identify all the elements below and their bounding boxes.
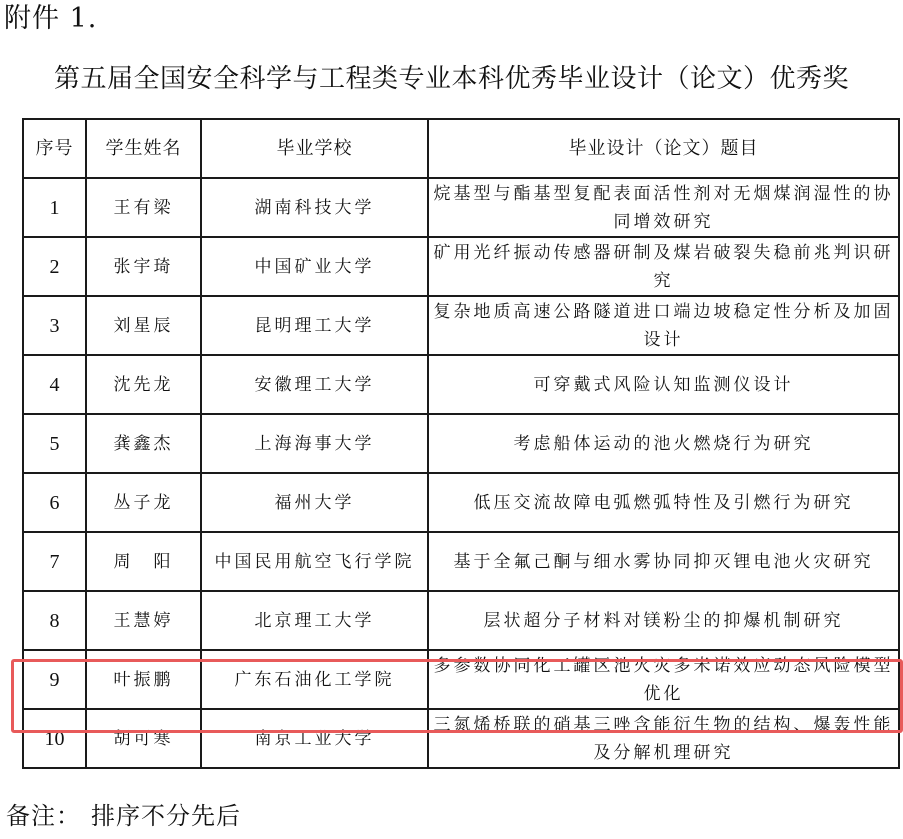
cell-topic: 复杂地质高速公路隧道进口端边坡稳定性分析及加固设计	[428, 296, 899, 355]
table-row: 1 王有梁 湖南科技大学 烷基型与酯基型复配表面活性剂对无烟煤润湿性的协同增效研…	[23, 178, 899, 237]
cell-school: 湖南科技大学	[201, 178, 428, 237]
cell-school: 南京工业大学	[201, 709, 428, 768]
cell-school: 北京理工大学	[201, 591, 428, 650]
cell-num: 1	[23, 178, 86, 237]
cell-name: 刘星辰	[86, 296, 201, 355]
cell-school: 广东石油化工学院	[201, 650, 428, 709]
cell-topic: 低压交流故障电弧燃弧特性及引燃行为研究	[428, 473, 899, 532]
cell-school: 福州大学	[201, 473, 428, 532]
table-row: 4 沈先龙 安徽理工大学 可穿戴式风险认知监测仪设计	[23, 355, 899, 414]
table-row: 10 胡可寒 南京工业大学 三氮烯桥联的硝基三唑含能衍生物的结构、爆轰性能及分解…	[23, 709, 899, 768]
table-row: 2 张宇琦 中国矿业大学 矿用光纤振动传感器研制及煤岩破裂失稳前兆判识研究	[23, 237, 899, 296]
document-title: 第五届全国安全科学与工程类专业本科优秀毕业设计（论文）优秀奖	[0, 62, 903, 96]
cell-school: 中国民用航空飞行学院	[201, 532, 428, 591]
cell-topic: 基于全氟己酮与细水雾协同抑灭锂电池火灾研究	[428, 532, 899, 591]
cell-num: 5	[23, 414, 86, 473]
table-row: 6 丛子龙 福州大学 低压交流故障电弧燃弧特性及引燃行为研究	[23, 473, 899, 532]
cell-num: 9	[23, 650, 86, 709]
cell-name: 王有梁	[86, 178, 201, 237]
cell-num: 7	[23, 532, 86, 591]
table-row: 7 周 阳 中国民用航空飞行学院 基于全氟己酮与细水雾协同抑灭锂电池火灾研究	[23, 532, 899, 591]
header-name: 学生姓名	[86, 119, 201, 178]
cell-topic: 可穿戴式风险认知监测仪设计	[428, 355, 899, 414]
cell-num: 2	[23, 237, 86, 296]
table-row: 3 刘星辰 昆明理工大学 复杂地质高速公路隧道进口端边坡稳定性分析及加固设计	[23, 296, 899, 355]
cell-name: 叶振鹏	[86, 650, 201, 709]
cell-topic: 多参数协同化工罐区池火灾多米诺效应动态风险模型优化	[428, 650, 899, 709]
header-school: 毕业学校	[201, 119, 428, 178]
cell-topic: 考虑船体运动的池火燃烧行为研究	[428, 414, 899, 473]
cell-topic: 矿用光纤振动传感器研制及煤岩破裂失稳前兆判识研究	[428, 237, 899, 296]
cell-name: 沈先龙	[86, 355, 201, 414]
header-num: 序号	[23, 119, 86, 178]
header-topic: 毕业设计（论文）题目	[428, 119, 899, 178]
cell-num: 6	[23, 473, 86, 532]
cell-school: 昆明理工大学	[201, 296, 428, 355]
cell-topic: 层状超分子材料对镁粉尘的抑爆机制研究	[428, 591, 899, 650]
table-row: 5 龚鑫杰 上海海事大学 考虑船体运动的池火燃烧行为研究	[23, 414, 899, 473]
table-row: 8 王慧婷 北京理工大学 层状超分子材料对镁粉尘的抑爆机制研究	[23, 591, 899, 650]
cell-name: 丛子龙	[86, 473, 201, 532]
attachment-label: 附件 1.	[4, 2, 97, 36]
cell-name: 张宇琦	[86, 237, 201, 296]
cell-num: 8	[23, 591, 86, 650]
table-header-row: 序号 学生姓名 毕业学校 毕业设计（论文）题目	[23, 119, 899, 178]
note-text: 排序不分先后	[91, 802, 241, 830]
cell-topic: 烷基型与酯基型复配表面活性剂对无烟煤润湿性的协同增效研究	[428, 178, 899, 237]
note-label: 备注：	[6, 802, 81, 830]
cell-school: 上海海事大学	[201, 414, 428, 473]
cell-num: 3	[23, 296, 86, 355]
cell-name: 龚鑫杰	[86, 414, 201, 473]
cell-name: 周 阳	[86, 532, 201, 591]
table-row-highlighted: 9 叶振鹏 广东石油化工学院 多参数协同化工罐区池火灾多米诺效应动态风险模型优化	[23, 650, 899, 709]
footnote: 备注：排序不分先后	[6, 800, 241, 832]
cell-name: 王慧婷	[86, 591, 201, 650]
cell-school: 安徽理工大学	[201, 355, 428, 414]
cell-num: 10	[23, 709, 86, 768]
cell-topic: 三氮烯桥联的硝基三唑含能衍生物的结构、爆轰性能及分解机理研究	[428, 709, 899, 768]
awards-table: 序号 学生姓名 毕业学校 毕业设计（论文）题目 1 王有梁 湖南科技大学 烷基型…	[22, 118, 900, 769]
cell-school: 中国矿业大学	[201, 237, 428, 296]
cell-num: 4	[23, 355, 86, 414]
cell-name: 胡可寒	[86, 709, 201, 768]
